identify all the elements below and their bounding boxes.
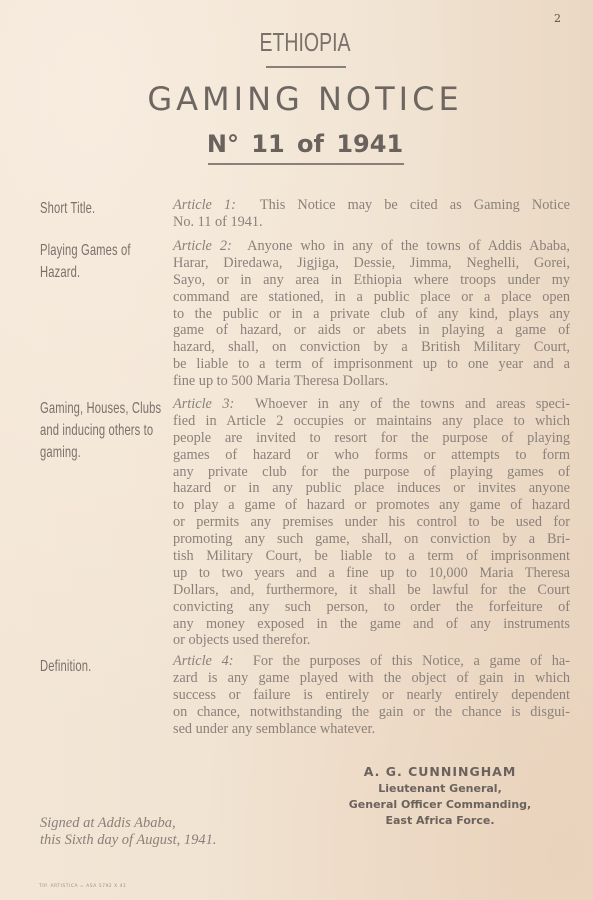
- article-3: Article 3: Whoever in any of the towns a…: [173, 396, 570, 649]
- article-line: be liable to a term of imprisonment up t…: [173, 356, 570, 373]
- article-line: hazard, shall, on conviction by a Britis…: [173, 339, 570, 356]
- article-label: Article 2:: [173, 238, 232, 254]
- printer-mark: TIP. ARTISTICA = ASA 5792 X 41: [39, 884, 126, 889]
- article-line: any private club for the purpose of play…: [173, 464, 570, 481]
- signatory-rank: Lieutenant General,: [330, 781, 550, 797]
- page-number: 2: [554, 12, 561, 25]
- article-line: convicting any such person, to order the…: [173, 599, 570, 616]
- article-line: Article 4: For the purposes of this Noti…: [173, 653, 570, 670]
- article-line: command are stationed, in a public place…: [173, 289, 570, 306]
- notice-number-underline: [208, 163, 404, 165]
- article-line: promoting any such game, shall, on convi…: [173, 531, 570, 548]
- article-line: to the public or in a private club of an…: [173, 306, 570, 323]
- page-title: Gaming Notice: [0, 80, 593, 118]
- article-line: zard is any game played with the object …: [173, 670, 570, 687]
- article-line: Article 1: This Notice may be cited as G…: [173, 197, 570, 214]
- article-1: Article 1: This Notice may be cited as G…: [173, 197, 570, 231]
- article-line: success or failure is entirely or nearly…: [173, 687, 570, 704]
- article-label: Article 4:: [173, 653, 234, 669]
- article-line: games of hazard or who forms or attempts…: [173, 447, 570, 464]
- article-2: Article 2: Anyone who in any of the town…: [173, 238, 570, 390]
- signatory-position: General Officer Commanding,: [330, 797, 550, 813]
- signatory-name: A. G. CUNNINGHAM: [330, 763, 550, 781]
- signature-block: A. G. CUNNINGHAM Lieutenant General, Gen…: [330, 763, 550, 829]
- article-line: to play a game of hazard or promotes any…: [173, 497, 570, 514]
- article-line: fied in Article 2 occupies or maintains …: [173, 413, 570, 430]
- article-line: No. 11 of 1941.: [173, 214, 570, 231]
- margin-note-line: Hazard.: [40, 262, 170, 284]
- article-line: or objects used therefor.: [173, 632, 570, 649]
- article-text: This Notice may be cited as Gaming Notic…: [260, 197, 570, 213]
- margin-note-line: Short Title.: [40, 198, 170, 220]
- article-line: fine up to 500 Maria Theresa Dollars.: [173, 373, 570, 390]
- article-text: For the purposes of this Notice, a game …: [253, 653, 570, 669]
- header-country: Ethiopia: [76, 27, 534, 58]
- signed-date: this Sixth day of August, 1941.: [40, 832, 217, 849]
- signed-at: Signed at Addis Ababa, this Sixth day of…: [40, 815, 217, 849]
- article-line: any money exposed in the game and of any…: [173, 616, 570, 633]
- article-line: people are invited to resort for the pur…: [173, 430, 570, 447]
- article-line: Harar, Diredawa, Jigjiga, Dessie, Jimma,…: [173, 255, 570, 272]
- article-label: Article 1:: [173, 197, 236, 213]
- margin-note-playing-games: Playing Games of Hazard.: [40, 240, 170, 284]
- article-line: sed under any semblance whatever.: [173, 721, 570, 738]
- article-line: Article 2: Anyone who in any of the town…: [173, 238, 570, 255]
- margin-note-line: gaming.: [40, 442, 170, 464]
- article-line: Dollars, and, furthermore, it shall be l…: [173, 582, 570, 599]
- article-line: hazard or in any public place induces or…: [173, 480, 570, 497]
- margin-note-line: Playing Games of: [40, 240, 170, 262]
- margin-note-line: Gaming, Houses, Clubs: [40, 398, 170, 420]
- article-text: Whoever in any of the towns and areas sp…: [255, 396, 570, 412]
- article-label: Article 3:: [173, 396, 234, 412]
- article-4: Article 4: For the purposes of this Noti…: [173, 653, 570, 737]
- margin-note-definition: Definition.: [40, 656, 170, 678]
- margin-note-short-title: Short Title.: [40, 198, 170, 220]
- article-line: game of hazard, or aids or abets in play…: [173, 322, 570, 339]
- margin-note-line: Definition.: [40, 656, 170, 678]
- article-line: tish Military Court, be liable to a term…: [173, 548, 570, 565]
- signed-place: Signed at Addis Ababa,: [40, 815, 217, 832]
- margin-note-gaming-houses: Gaming, Houses, Clubs and inducing other…: [40, 398, 170, 464]
- article-line: up to two years and a fine up to 10,000 …: [173, 565, 570, 582]
- signatory-force: East Africa Force.: [330, 813, 550, 829]
- article-line: on chance, notwithstanding the gain or t…: [173, 704, 570, 721]
- article-text: Anyone who in any of the towns of Addis …: [247, 238, 570, 254]
- margin-note-line: and inducing others to: [40, 420, 170, 442]
- article-line: Sayo, or in any area in Ethiopia where t…: [173, 272, 570, 289]
- header-country-underline: [266, 66, 346, 68]
- article-line: or permits any premises under his contro…: [173, 514, 570, 531]
- article-line: Article 3: Whoever in any of the towns a…: [173, 396, 570, 413]
- notice-number: N° 11 of 1941: [0, 130, 593, 158]
